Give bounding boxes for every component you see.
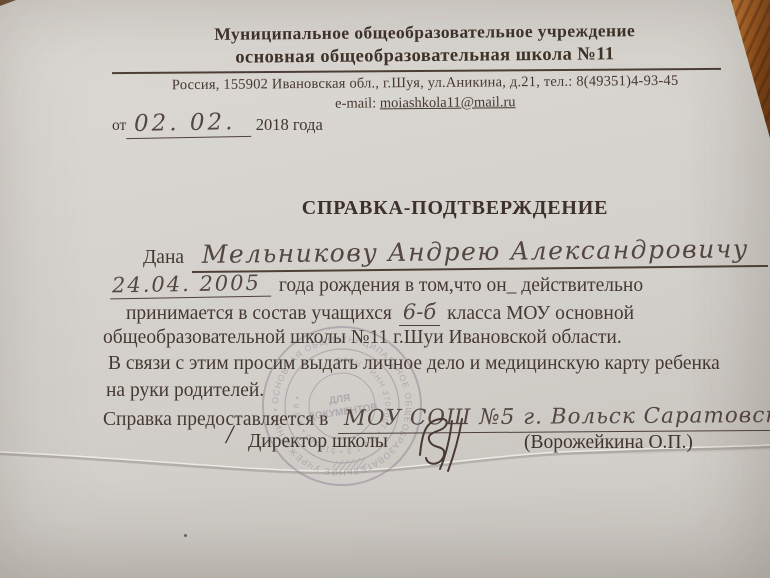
date-year-text: 2018 года: [252, 115, 323, 135]
handwritten-class: 6-б: [399, 300, 440, 326]
handwritten-date: 02. 02.: [126, 109, 252, 139]
letterhead: Муниципальное общеобразовательное учрежд…: [80, 19, 770, 115]
org-name-line1: Муниципальное общеобразовательное учрежд…: [80, 19, 770, 46]
stamp-center-line1: ДЛЯ: [328, 393, 351, 407]
org-address-line: Россия, 155902 Ивановская обл., г.Шуя, у…: [80, 72, 770, 95]
email-address: moiashkola11@mail.ru: [380, 94, 516, 111]
date-prefix: от: [112, 117, 126, 135]
body-line-parents: на руки родителей.: [106, 380, 264, 402]
body-line-school: общеобразовательной школы №11 г.Шуи Иван…: [103, 327, 622, 349]
handwritten-birth-date: 24.04. 2005: [110, 271, 271, 300]
birthdate-line-text: года рождения в том,что он_ действительн…: [279, 275, 643, 297]
photographed-certificate: МУНИЦИПАЛЬНОЕ ОБЩЕОБРАЗОВАТЕЛЬНОЕ УЧРЕЖД…: [0, 0, 770, 578]
signature-slash: /: [226, 420, 233, 450]
destination-prefix: Справка предоставляется в: [103, 409, 328, 431]
signature-scribble-icon: [406, 411, 478, 475]
body-line-request: В связи с этим просим выдать личное дело…: [108, 353, 720, 375]
class-line-prefix: принимается в состав учащихся: [126, 303, 392, 325]
director-role-label: Директор школы: [248, 431, 388, 453]
director-name-label: (Ворожейкина О.П.): [524, 432, 693, 454]
body-line-recipient: Дана Мельникову Андрею Александровичу: [143, 240, 768, 273]
document-title: СПРАВКА-ПОДТВЕРЖДЕНИЕ: [145, 197, 765, 220]
wood-table-sliver-top-left: [0, 0, 16, 6]
body-line-birthdate: 24.04. 2005 года рождения в том,что он_ …: [110, 272, 643, 298]
date-line: от 02. 02. 2018 года: [112, 110, 323, 138]
dana-label: Дана: [143, 247, 184, 269]
paper-speck: [184, 534, 187, 537]
handwritten-recipient-name: Мельникову Андрею Александровичу: [192, 234, 768, 273]
class-line-suffix: класса МОУ основной: [447, 303, 634, 325]
handwritten-destination: МОУ СОШ №5 г. Вольск Саратовской о: [338, 403, 770, 434]
org-name-line2: основная общеобразовательная школа №11: [80, 43, 770, 70]
body-line-class: принимается в состав учащихся 6-б класса…: [126, 300, 634, 326]
email-label: e-mail:: [335, 95, 380, 111]
